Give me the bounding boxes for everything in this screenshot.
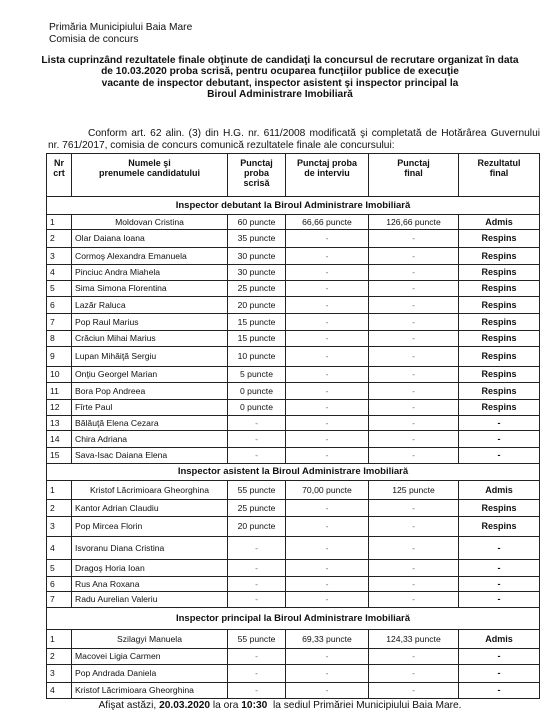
posting-suffix: la sediul Primăriei Municipiului Baia Ma… xyxy=(267,700,461,711)
final-result: Respins xyxy=(459,400,540,416)
final-score: 126,66 puncte xyxy=(369,215,459,230)
final-score: 124,33 puncte xyxy=(369,630,459,649)
header-text: final xyxy=(372,168,455,178)
written-score: - xyxy=(228,577,286,592)
posting-time: 10:30 xyxy=(241,700,267,711)
header-text: de interviu xyxy=(289,168,365,178)
table-row: 1Kristof Lăcrimioara Gheorghina55 puncte… xyxy=(47,481,540,500)
title-line: Biroul Administrare Imobiliară xyxy=(40,89,520,100)
title-line: de 10.03.2020 proba scrisă, pentru ocupa… xyxy=(40,66,520,77)
interview-score: - xyxy=(286,400,369,416)
row-number: 15 xyxy=(47,448,72,464)
interview-score: - xyxy=(286,281,369,297)
interview-score: - xyxy=(286,500,369,517)
final-score: 125 puncte xyxy=(369,481,459,500)
posting-date: 20.03.2020 xyxy=(159,700,210,711)
final-result: Respins xyxy=(459,265,540,281)
row-number: 10 xyxy=(47,367,72,383)
final-result: - xyxy=(459,537,540,560)
header-nr: Nrcrt xyxy=(47,154,72,197)
header-text: Punctaj xyxy=(231,158,282,168)
written-score: 55 puncte xyxy=(228,481,286,500)
candidate-name: Sima Simona Florentina xyxy=(72,281,228,297)
header-text: final xyxy=(462,168,536,178)
table-row: 10Onţiu Georgel Marian5 puncte--Respins xyxy=(47,367,540,383)
interview-score: - xyxy=(286,537,369,560)
candidate-name: Pop Raul Marius xyxy=(72,314,228,331)
interview-score: - xyxy=(286,448,369,464)
table-row: 8Crăciun Mihai Marius15 puncte--Respins xyxy=(47,331,540,347)
row-number: 1 xyxy=(47,630,72,649)
table-header-row: NrcrtNumele şiprenumele candidatuluiPunc… xyxy=(47,154,540,197)
header-text: Punctaj xyxy=(372,158,455,168)
candidate-name: Pop Andrada Daniela xyxy=(72,665,228,683)
written-score: - xyxy=(228,592,286,608)
final-score: - xyxy=(369,560,459,577)
row-number: 13 xyxy=(47,416,72,431)
written-score: - xyxy=(228,683,286,699)
final-result: Respins xyxy=(459,331,540,347)
posting-middle: la ora xyxy=(210,700,241,711)
title-line: Lista cuprinzând rezultatele finale obţi… xyxy=(40,55,520,66)
candidate-name: Rus Ana Roxana xyxy=(72,577,228,592)
table-row: 14Chira Adriana---- xyxy=(47,431,540,448)
header-text: Nr xyxy=(48,158,70,168)
intro-line: nr. 761/2017, comisia de concurs comunic… xyxy=(48,140,540,152)
row-number: 1 xyxy=(47,481,72,500)
interview-score: - xyxy=(286,665,369,683)
final-score: - xyxy=(369,665,459,683)
table-row: 6Lazăr Raluca20 puncte--Respins xyxy=(47,297,540,314)
final-result: Respins xyxy=(459,517,540,537)
table-row: 4Kristof Lăcrimioara Gheorghina---- xyxy=(47,683,540,699)
written-score: 10 puncte xyxy=(228,347,286,367)
final-score: - xyxy=(369,448,459,464)
written-score: - xyxy=(228,649,286,665)
row-number: 3 xyxy=(47,248,72,265)
header-text: crt xyxy=(48,168,70,178)
header-final-score: Punctajfinal xyxy=(369,154,459,197)
section-header-row: Inspector asistent la Biroul Administrar… xyxy=(47,464,540,481)
intro-line: Conform art. 62 alin. (3) din H.G. nr. 6… xyxy=(48,128,540,140)
candidate-name: Crăciun Mihai Marius xyxy=(72,331,228,347)
final-score: - xyxy=(369,367,459,383)
final-result: - xyxy=(459,431,540,448)
written-score: 30 puncte xyxy=(228,265,286,281)
row-number: 4 xyxy=(47,683,72,699)
header-text: scrisă xyxy=(231,178,282,188)
final-score: - xyxy=(369,649,459,665)
table-row: 6Rus Ana Roxana---- xyxy=(47,577,540,592)
candidate-name: Radu Aurelian Valeriu xyxy=(72,592,228,608)
candidate-name: Pinciuc Andra Miahela xyxy=(72,265,228,281)
final-score: - xyxy=(369,331,459,347)
written-score: 0 puncte xyxy=(228,383,286,400)
interview-score: - xyxy=(286,265,369,281)
intro-paragraph: Conform art. 62 alin. (3) din H.G. nr. 6… xyxy=(48,128,540,152)
candidate-name: Lazăr Raluca xyxy=(72,297,228,314)
interview-score: 70,00 puncte xyxy=(286,481,369,500)
interview-score: - xyxy=(286,683,369,699)
final-score: - xyxy=(369,383,459,400)
interview-score: - xyxy=(286,577,369,592)
interview-score: - xyxy=(286,331,369,347)
row-number: 2 xyxy=(47,500,72,517)
table-row: 5Sima Simona Florentina25 puncte--Respin… xyxy=(47,281,540,297)
header-name: Numele şiprenumele candidatului xyxy=(72,154,228,197)
candidate-name: Kristof Lăcrimioara Gheorghina xyxy=(72,481,228,500)
candidate-name: Cormoş Alexandra Emanuela xyxy=(72,248,228,265)
interview-score: - xyxy=(286,230,369,248)
table-row: 1Szilagyi Manuela55 puncte69,33 puncte12… xyxy=(47,630,540,649)
final-result: - xyxy=(459,683,540,699)
written-score: 55 puncte xyxy=(228,630,286,649)
results-table: NrcrtNumele şiprenumele candidatuluiPunc… xyxy=(46,153,540,699)
written-score: 30 puncte xyxy=(228,248,286,265)
final-result: - xyxy=(459,592,540,608)
final-score: - xyxy=(369,431,459,448)
candidate-name: Moldovan Cristina xyxy=(72,215,228,230)
interview-score: - xyxy=(286,592,369,608)
section-title: Inspector debutant la Biroul Administrar… xyxy=(47,197,540,215)
section-header-row: Inspector debutant la Biroul Administrar… xyxy=(47,197,540,215)
table-row: 3Cormoş Alexandra Emanuela30 puncte--Res… xyxy=(47,248,540,265)
table-row: 3Pop Mircea Florin20 puncte--Respins xyxy=(47,517,540,537)
candidate-name: Lupan Mihăiţă Sergiu xyxy=(72,347,228,367)
final-result: - xyxy=(459,665,540,683)
row-number: 5 xyxy=(47,560,72,577)
candidate-name: Chira Adriana xyxy=(72,431,228,448)
row-number: 6 xyxy=(47,297,72,314)
table-row: 2Macovei Ligia Carmen---- xyxy=(47,649,540,665)
final-result: Respins xyxy=(459,347,540,367)
final-result: Respins xyxy=(459,297,540,314)
section-title: Inspector asistent la Biroul Administrar… xyxy=(47,464,540,481)
final-score: - xyxy=(369,683,459,699)
posting-prefix: Afişat astăzi, xyxy=(98,700,159,711)
final-result: Respins xyxy=(459,281,540,297)
written-score: - xyxy=(228,448,286,464)
final-result: - xyxy=(459,577,540,592)
table-row: 12Fîrte Paul0 puncte--Respins xyxy=(47,400,540,416)
candidate-name: Macovei Ligia Carmen xyxy=(72,649,228,665)
title-line: vacante de inspector debutant, inspector… xyxy=(40,78,520,89)
interview-score: - xyxy=(286,383,369,400)
written-score: 0 puncte xyxy=(228,400,286,416)
written-score: - xyxy=(228,537,286,560)
final-result: - xyxy=(459,448,540,464)
final-score: - xyxy=(369,517,459,537)
row-number: 5 xyxy=(47,281,72,297)
final-result: Admis xyxy=(459,215,540,230)
final-score: - xyxy=(369,592,459,608)
table-row: 7Radu Aurelian Valeriu---- xyxy=(47,592,540,608)
row-number: 4 xyxy=(47,537,72,560)
interview-score: - xyxy=(286,297,369,314)
interview-score: - xyxy=(286,248,369,265)
header-interview-score: Punctaj probade interviu xyxy=(286,154,369,197)
written-score: 25 puncte xyxy=(228,281,286,297)
table-row: 3Pop Andrada Daniela---- xyxy=(47,665,540,683)
candidate-name: Olar Daiana Ioana xyxy=(72,230,228,248)
header-text: prenumele candidatului xyxy=(75,168,224,178)
written-score: 25 puncte xyxy=(228,500,286,517)
section-title: Inspector principal la Biroul Administra… xyxy=(47,608,540,630)
final-result: Respins xyxy=(459,367,540,383)
final-result: Respins xyxy=(459,248,540,265)
row-number: 1 xyxy=(47,215,72,230)
candidate-name: Isvoranu Diana Cristina xyxy=(72,537,228,560)
written-score: 35 puncte xyxy=(228,230,286,248)
written-score: 15 puncte xyxy=(228,331,286,347)
final-score: - xyxy=(369,347,459,367)
written-score: - xyxy=(228,665,286,683)
final-result: Respins xyxy=(459,314,540,331)
table-row: 2Olar Daiana Ioana35 puncte--Respins xyxy=(47,230,540,248)
table-row: 4Pinciuc Andra Miahela30 puncte--Respins xyxy=(47,265,540,281)
final-score: - xyxy=(369,577,459,592)
final-score: - xyxy=(369,230,459,248)
written-score: 60 puncte xyxy=(228,215,286,230)
table-row: 9Lupan Mihăiţă Sergiu10 puncte--Respins xyxy=(47,347,540,367)
header-written-score: Punctajprobascrisă xyxy=(228,154,286,197)
table-row: 2Kantor Adrian Claudiu25 puncte--Respins xyxy=(47,500,540,517)
written-score: 20 puncte xyxy=(228,297,286,314)
header-text: Numele şi xyxy=(75,158,224,168)
table-row: 4Isvoranu Diana Cristina---- xyxy=(47,537,540,560)
row-number: 7 xyxy=(47,592,72,608)
written-score: 20 puncte xyxy=(228,517,286,537)
table-row: 5Dragoş Horia Ioan---- xyxy=(47,560,540,577)
candidate-name: Onţiu Georgel Marian xyxy=(72,367,228,383)
document-title: Lista cuprinzând rezultatele finale obţi… xyxy=(40,55,520,100)
candidate-name: Pop Mircea Florin xyxy=(72,517,228,537)
final-score: - xyxy=(369,314,459,331)
candidate-name: Fîrte Paul xyxy=(72,400,228,416)
table-row: 13Bălăuţă Elena Cezara---- xyxy=(47,416,540,431)
candidate-name: Sava-Isac Daiana Elena xyxy=(72,448,228,464)
row-number: 6 xyxy=(47,577,72,592)
interview-score: 69,33 puncte xyxy=(286,630,369,649)
interview-score: - xyxy=(286,314,369,331)
row-number: 3 xyxy=(47,517,72,537)
row-number: 14 xyxy=(47,431,72,448)
final-result: Admis xyxy=(459,630,540,649)
header-text: proba xyxy=(231,168,282,178)
candidate-name: Dragoş Horia Ioan xyxy=(72,560,228,577)
written-score: 5 puncte xyxy=(228,367,286,383)
final-score: - xyxy=(369,265,459,281)
table-row: 11Bora Pop Andreea0 puncte--Respins xyxy=(47,383,540,400)
institution-name: Primăria Municipiului Baia Mare xyxy=(49,22,192,34)
final-result: Respins xyxy=(459,500,540,517)
header-text: Punctaj proba xyxy=(289,158,365,168)
row-number: 9 xyxy=(47,347,72,367)
row-number: 3 xyxy=(47,665,72,683)
final-score: - xyxy=(369,248,459,265)
interview-score: - xyxy=(286,367,369,383)
candidate-name: Szilagyi Manuela xyxy=(72,630,228,649)
written-score: - xyxy=(228,431,286,448)
candidate-name: Bălăuţă Elena Cezara xyxy=(72,416,228,431)
row-number: 8 xyxy=(47,331,72,347)
section-header-row: Inspector principal la Biroul Administra… xyxy=(47,608,540,630)
interview-score: - xyxy=(286,347,369,367)
written-score: - xyxy=(228,416,286,431)
row-number: 12 xyxy=(47,400,72,416)
row-number: 4 xyxy=(47,265,72,281)
row-number: 11 xyxy=(47,383,72,400)
header-final-result: Rezultatulfinal xyxy=(459,154,540,197)
final-score: - xyxy=(369,297,459,314)
written-score: - xyxy=(228,560,286,577)
final-score: - xyxy=(369,537,459,560)
candidate-name: Bora Pop Andreea xyxy=(72,383,228,400)
row-number: 7 xyxy=(47,314,72,331)
final-score: - xyxy=(369,400,459,416)
table-row: 15Sava-Isac Daiana Elena---- xyxy=(47,448,540,464)
final-result: - xyxy=(459,649,540,665)
final-score: - xyxy=(369,416,459,431)
row-number: 2 xyxy=(47,230,72,248)
interview-score: - xyxy=(286,517,369,537)
final-result: - xyxy=(459,416,540,431)
row-number: 2 xyxy=(47,649,72,665)
final-result: Respins xyxy=(459,230,540,248)
posting-note: Afişat astăzi, 20.03.2020 la ora 10:30 l… xyxy=(0,700,560,711)
table-row: 1Moldovan Cristina60 puncte66,66 puncte1… xyxy=(47,215,540,230)
final-score: - xyxy=(369,500,459,517)
final-score: - xyxy=(369,281,459,297)
committee-name: Comisia de concurs xyxy=(49,34,138,46)
interview-score: - xyxy=(286,416,369,431)
final-result: - xyxy=(459,560,540,577)
final-result: Respins xyxy=(459,383,540,400)
final-result: Admis xyxy=(459,481,540,500)
candidate-name: Kristof Lăcrimioara Gheorghina xyxy=(72,683,228,699)
table-row: 7Pop Raul Marius15 puncte--Respins xyxy=(47,314,540,331)
interview-score: 66,66 puncte xyxy=(286,215,369,230)
candidate-name: Kantor Adrian Claudiu xyxy=(72,500,228,517)
written-score: 15 puncte xyxy=(228,314,286,331)
interview-score: - xyxy=(286,560,369,577)
header-text: Rezultatul xyxy=(462,158,536,168)
interview-score: - xyxy=(286,431,369,448)
interview-score: - xyxy=(286,649,369,665)
